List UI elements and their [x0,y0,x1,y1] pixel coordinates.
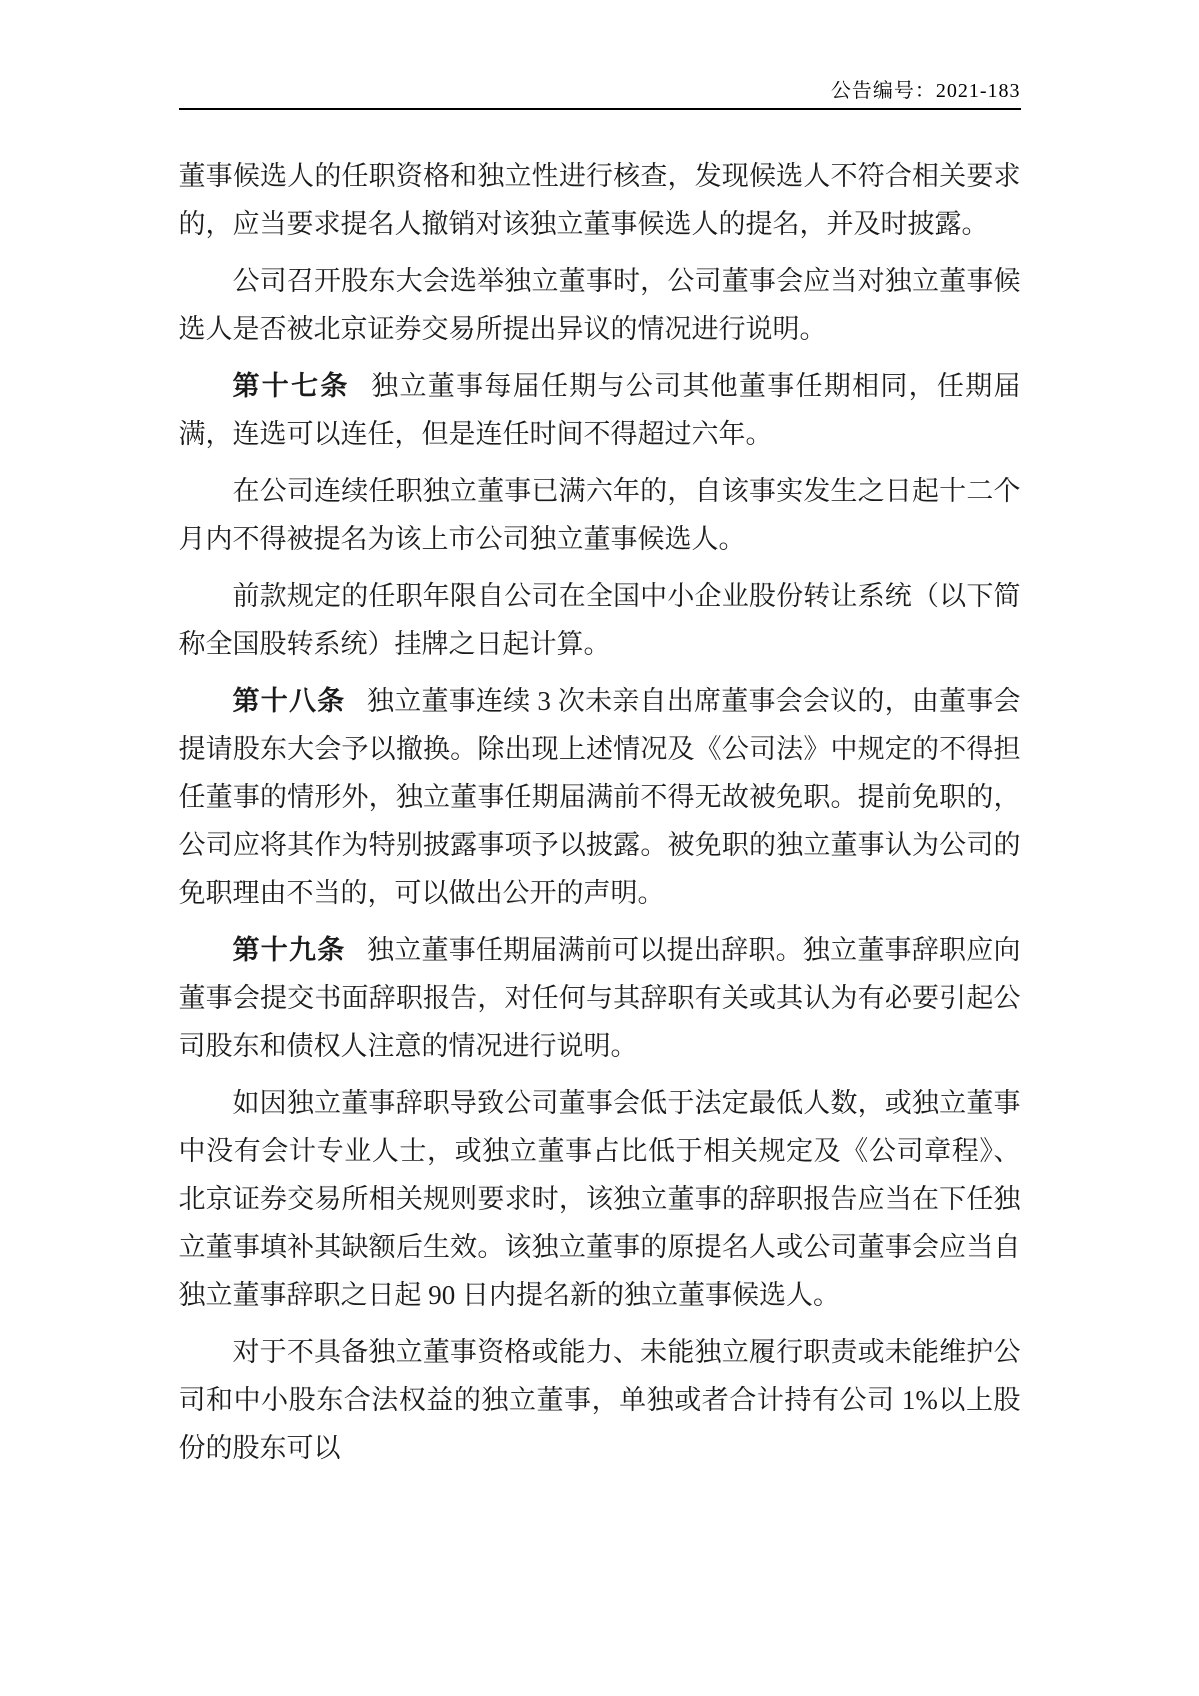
document-body: 董事候选人的任职资格和独立性进行核查，发现候选人不符合相关要求的，应当要求提名人… [179,110,1021,1472]
paragraph: 对于不具备独立董事资格或能力、未能独立履行职责或未能维护公司和中小股东合法权益的… [179,1328,1021,1472]
paragraph-article-19: 第十九条独立董事任期届满前可以提出辞职。独立董事辞职应向董事会提交书面辞职报告，… [179,926,1021,1070]
paragraph-text: 公司召开股东大会选举独立董事时，公司董事会应当对独立董事候选人是否被北京证券交易… [179,266,1021,344]
paragraph-text: 董事候选人的任职资格和独立性进行核查，发现候选人不符合相关要求的，应当要求提名人… [179,161,1021,239]
paragraph-article-18: 第十八条独立董事连续 3 次未亲自出席董事会会议的，由董事会提请股东大会予以撤换… [179,677,1021,917]
paragraph: 董事候选人的任职资格和独立性进行核查，发现候选人不符合相关要求的，应当要求提名人… [179,152,1021,248]
paragraph: 在公司连续任职独立董事已满六年的，自该事实发生之日起十二个月内不得被提名为该上市… [179,467,1021,563]
document-page: 公告编号：2021-183 董事候选人的任职资格和独立性进行核查，发现候选人不符… [179,0,1021,1472]
paragraph-text: 独立董事连续 3 次未亲自出席董事会会议的，由董事会提请股东大会予以撤换。除出现… [179,686,1021,908]
article-number: 第十九条 [233,935,346,965]
announcement-number: 公告编号：2021-183 [179,78,1021,104]
page-header: 公告编号：2021-183 [179,0,1021,110]
paragraph-article-17: 第十七条独立董事每届任期与公司其他董事任期相同，任期届满，连选可以连任，但是连任… [179,362,1021,458]
paragraph-text: 如因独立董事辞职导致公司董事会低于法定最低人数，或独立董事中没有会计专业人士，或… [179,1088,1021,1310]
paragraph-text: 前款规定的任职年限自公司在全国中小企业股份转让系统（以下简称全国股转系统）挂牌之… [179,581,1021,659]
article-number: 第十八条 [233,686,346,716]
paragraph-text: 对于不具备独立董事资格或能力、未能独立履行职责或未能维护公司和中小股东合法权益的… [179,1337,1021,1463]
header-rule: 公告编号：2021-183 [179,78,1021,110]
paragraph: 如因独立董事辞职导致公司董事会低于法定最低人数，或独立董事中没有会计专业人士，或… [179,1079,1021,1319]
article-number: 第十七条 [233,371,350,401]
paragraph: 前款规定的任职年限自公司在全国中小企业股份转让系统（以下简称全国股转系统）挂牌之… [179,572,1021,668]
paragraph: 公司召开股东大会选举独立董事时，公司董事会应当对独立董事候选人是否被北京证券交易… [179,257,1021,353]
paragraph-text: 在公司连续任职独立董事已满六年的，自该事实发生之日起十二个月内不得被提名为该上市… [179,476,1021,554]
